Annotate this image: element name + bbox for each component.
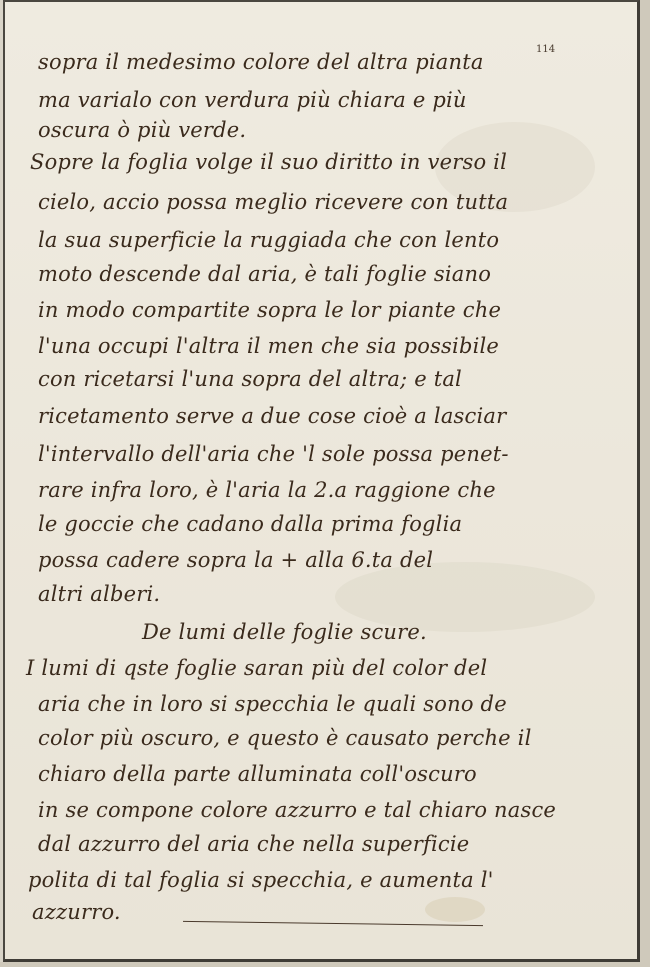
text-line: l'intervallo dell'aria che 'l sole possa… bbox=[38, 442, 509, 466]
section-heading: De lumi delle foglie scure. bbox=[142, 620, 427, 644]
folio-number: 114 bbox=[536, 44, 555, 55]
text-line: l'una occupi l'altra il men che sia poss… bbox=[38, 334, 499, 358]
page-edge-bottom bbox=[0, 962, 650, 967]
text-line: moto descende dal aria, è tali foglie si… bbox=[38, 262, 491, 286]
page-edge-right bbox=[640, 0, 650, 967]
text-line: altri alberi. bbox=[38, 582, 160, 606]
text-line: ricetamento serve a due cose cioè a lasc… bbox=[38, 404, 506, 428]
text-line: color più oscuro, e questo è causato per… bbox=[38, 726, 532, 750]
text-line: la sua superficie la ruggiada che con le… bbox=[38, 228, 499, 252]
text-line: Sopre la foglia volge il suo diritto in … bbox=[30, 150, 507, 174]
text-line: in se compone colore azzurro e tal chiar… bbox=[38, 798, 556, 822]
text-line: chiaro della parte alluminata coll'oscur… bbox=[38, 762, 477, 786]
text-line: aria che in loro si specchia le quali so… bbox=[38, 692, 507, 716]
text-line: azzurro. bbox=[32, 900, 121, 924]
text-line: possa cadere sopra la + alla 6.ta del bbox=[38, 548, 433, 572]
text-line: in modo compartite sopra le lor piante c… bbox=[38, 298, 501, 322]
text-line: cielo, accio possa meglio ricevere con t… bbox=[38, 190, 508, 214]
text-line: I lumi di qste foglie saran più del colo… bbox=[26, 656, 487, 680]
text-line: rare infra loro, è l'aria la 2.a raggion… bbox=[38, 478, 496, 502]
text-line: ma varialo con verdura più chiara e più bbox=[38, 88, 467, 112]
text-line: sopra il medesimo colore del altra piant… bbox=[38, 50, 484, 74]
text-line: dal azzurro del aria che nella superfici… bbox=[38, 832, 469, 856]
text-line: con ricetarsi l'una sopra del altra; e t… bbox=[38, 367, 462, 391]
text-line: oscura ò più verde. bbox=[38, 118, 246, 142]
text-line: polita di tal foglia si specchia, e aume… bbox=[28, 868, 494, 892]
paper-stain bbox=[425, 897, 485, 922]
text-line: le goccie che cadano dalla prima foglia bbox=[38, 512, 462, 536]
